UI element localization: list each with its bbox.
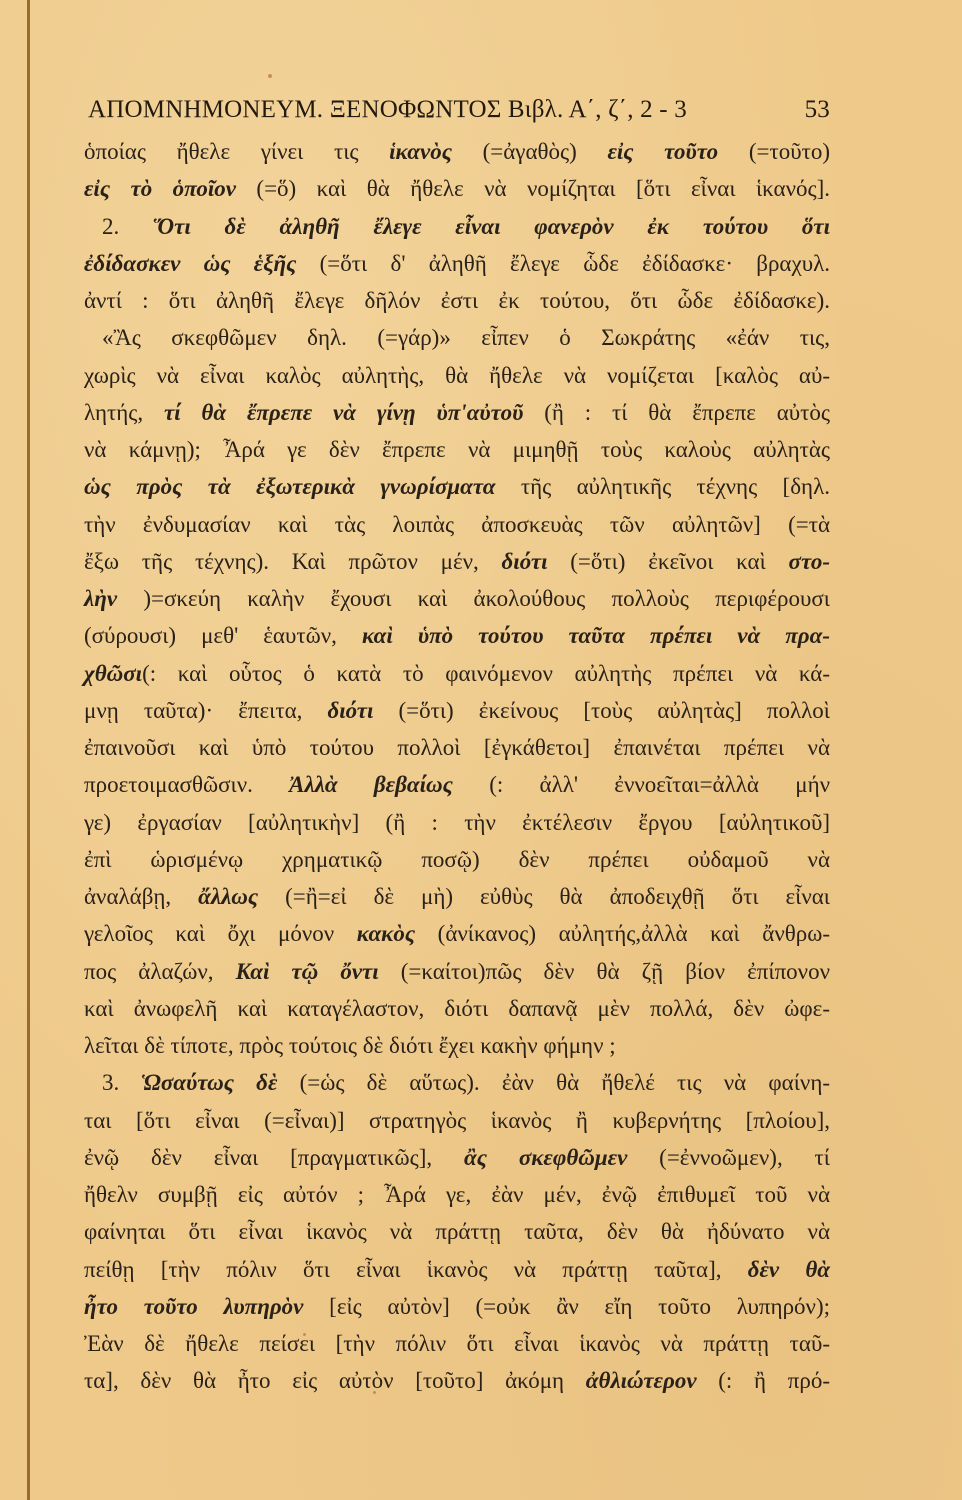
emphasized-text: Ὡσαύτως δὲ: [141, 1070, 277, 1095]
text-span: τὴν ἐνδυμασίαν καὶ τὰς λοιπὰς ἀποσκευὰς …: [84, 512, 830, 537]
text-line: μνῃ ταῦτα)· ἔπειτα, διότι (=ὅτι) ἐκείνου…: [84, 692, 830, 729]
text-line: τα], δὲν θὰ ἦτο εἰς αὐτὸν [τοῦτο] ἀκόμη …: [84, 1362, 830, 1399]
text-line: 3. Ὡσαύτως δὲ (=ὡς δὲ αὕτως). ἐὰν θὰ ἤθε…: [84, 1064, 830, 1101]
text-span: (=καίτοι)πῶς δὲν θὰ ζῇ βίον ἐπίπονον: [379, 959, 830, 984]
text-span: (=ὅτι) ἐκεῖνοι καὶ: [547, 549, 788, 574]
running-header: ΑΠΟΜΝΗΜΟΝΕΥΜ. ΞΕΝΟΦΩΝΤΟΣ Βιβλ. Α΄, ζ΄, 2…: [88, 96, 830, 132]
text-span: πείθῃ [τὴν πόλιν ὅτι εἶναι ἱκανὸς νὰ πρά…: [84, 1257, 748, 1282]
text-span: μνῃ ταῦτα)· ἔπειτα,: [84, 698, 327, 723]
text-line: ἀντί : ὅτι ἀληθῆ ἔλεγε δῆλόν ἐστι ἐκ τού…: [84, 282, 830, 319]
text-line: ἐδίδασκεν ὡς ἑξῆς (=ὅτι δ' ἀληθῆ ἔλεγε ὧ…: [84, 245, 830, 282]
emphasized-text: ἦτο τοῦτο λυπηρὸν: [84, 1294, 303, 1319]
text-span: «Ἂς σκεφθῶμεν δηλ. (=γάρ)» εἶπεν ὁ Σωκρά…: [102, 325, 830, 350]
text-line: «Ἂς σκεφθῶμεν δηλ. (=γάρ)» εἶπεν ὁ Σωκρά…: [84, 319, 830, 356]
text-span: (σύρουσι) μεθ' ἑαυτῶν,: [84, 623, 362, 648]
emphasized-text: Ὅτι δὲ ἀληθῆ ἔλεγε εἶναι φανερὸν ἐκ τούτ…: [153, 214, 830, 239]
text-span: ἀντί : ὅτι ἀληθῆ ἔλεγε δῆλόν ἐστι ἐκ τού…: [84, 288, 830, 313]
text-line: ὡς πρὸς τὰ ἐξωτερικὰ γνωρίσματα τῆς αὐλη…: [84, 468, 830, 505]
text-span: ἤθελν συμβῇ εἰς αὐτόν ; Ἆρά γε, ἐὰν μέν,…: [84, 1182, 830, 1207]
text-span: ἐνῷ δὲν εἶναι [πραγματικῶς],: [84, 1145, 464, 1170]
text-line: νὰ κάμνῃ); Ἆρά γε δὲν ἔπρεπε νὰ μιμηθῇ τ…: [84, 431, 830, 468]
text-span: ἔξω τῆς τέχνης). Καὶ πρῶτον μέν,: [84, 549, 502, 574]
text-span: γε) ἐργασίαν [αὐλητικὴν] (ἢ : τὴν ἐκτέλε…: [84, 810, 830, 835]
text-span: (=ἐννοῶμεν), τί: [627, 1145, 830, 1170]
text-line: 2. Ὅτι δὲ ἀληθῆ ἔλεγε εἶναι φανερὸν ἐκ τ…: [84, 208, 830, 245]
emphasized-text: εἰς τὸ ὁποῖον: [84, 176, 236, 201]
text-span: γελοῖος καὶ ὄχι μόνον: [84, 921, 357, 946]
text-span: (=ἀγαθὸς): [452, 139, 607, 164]
text-span: προετοιμασθῶσιν.: [84, 772, 289, 797]
text-span: ἀναλάβῃ,: [84, 884, 198, 909]
text-span: (ἢ : τί θὰ ἔπρεπε αὐτὸς: [523, 400, 830, 425]
text-span: (=ὡς δὲ αὕτως). ἐὰν θὰ ἤθελέ τις νὰ φαίν…: [277, 1070, 830, 1095]
emphasized-text: ὡς πρὸς τὰ ἐξωτερικὰ γνωρίσματα: [84, 474, 495, 499]
text-line: ἔξω τῆς τέχνης). Καὶ πρῶτον μέν, διότι (…: [84, 543, 830, 580]
emphasized-text: τί θὰ ἔπρεπε νὰ γίνῃ ὑπ'αὐτοῦ: [164, 400, 523, 425]
text-span: [εἰς αὐτὸν] (=οὐκ ἂν εἴη τοῦτο λυπηρόν);: [303, 1294, 830, 1319]
emphasized-text: διότι: [327, 698, 373, 723]
emphasized-text: Καὶ τῷ ὄντι: [236, 959, 379, 984]
text-span: 2.: [102, 214, 153, 239]
emphasized-text: στο-: [789, 549, 830, 574]
text-line: Ἐὰν δὲ ἤθελε πείσει [τὴν πόλιν ὅτι εἶναι…: [84, 1325, 830, 1362]
text-line: λεῖται δὲ τίποτε, πρὸς τούτοις δὲ διότι …: [84, 1027, 830, 1064]
text-span: (: καὶ οὗτος ὁ κατὰ τὸ φαινόμενον αὐλητὴ…: [142, 661, 830, 686]
text-span: λεῖται δὲ τίποτε, πρὸς τούτοις δὲ διότι …: [84, 1033, 616, 1058]
text-line: χθῶσι(: καὶ οὗτος ὁ κατὰ τὸ φαινόμενον α…: [84, 655, 830, 692]
text-span: Ἐὰν δὲ ἤθελε πείσει [τὴν πόλιν ὅτι εἶναι…: [84, 1331, 830, 1356]
page-gutter-edge: [27, 0, 30, 1500]
text-line: πος ἀλαζών, Καὶ τῷ ὄντι (=καίτοι)πῶς δὲν…: [84, 953, 830, 990]
text-span: τα], δὲν θὰ ἦτο εἰς αὐτὸν [τοῦτο] ἀκόμη: [84, 1368, 586, 1393]
page-number: 53: [805, 96, 830, 124]
text-line: ἐπαινοῦσι καὶ ὑπὸ τούτου πολλοὶ [ἐγκάθετ…: [84, 729, 830, 766]
text-span: λητής,: [84, 400, 164, 425]
text-span: φαίνηται ὅτι εἶναι ἱκανὸς νὰ πράττῃ ταῦτ…: [84, 1219, 830, 1244]
text-span: καὶ ἀνωφελῆ καὶ καταγέλαστον, διότι δαπα…: [84, 996, 830, 1021]
text-span: (=ἢ=εἰ δὲ μὴ) εὐθὺς θὰ ἀποδειχθῇ ὅτι εἶν…: [258, 884, 830, 909]
text-line: φαίνηται ὅτι εἶναι ἱκανὸς νὰ πράττῃ ταῦτ…: [84, 1213, 830, 1250]
running-title: ΑΠΟΜΝΗΜΟΝΕΥΜ. ΞΕΝΟΦΩΝΤΟΣ Βιβλ. Α΄, ζ΄, 2…: [88, 96, 687, 124]
emphasized-text: καὶ ὑπὸ τούτου ταῦτα πρέπει νὰ πρα-: [362, 623, 830, 648]
text-line: λητής, τί θὰ ἔπρεπε νὰ γίνῃ ὑπ'αὐτοῦ (ἢ …: [84, 394, 830, 431]
emphasized-text: δὲν θὰ: [748, 1257, 830, 1282]
paper-speck: [268, 74, 272, 78]
paper-speck: [303, 1333, 306, 1336]
emphasized-text: κακὸς: [357, 921, 415, 946]
text-span: ἐπαινοῦσι καὶ ὑπὸ τούτου πολλοὶ [ἐγκάθετ…: [84, 735, 830, 760]
text-line: τὴν ἐνδυμασίαν καὶ τὰς λοιπὰς ἀποσκευὰς …: [84, 506, 830, 543]
text-line: ἐπὶ ὡρισμένῳ χρηματικῷ ποσῷ) δὲν πρέπει …: [84, 841, 830, 878]
text-line: χωρὶς νὰ εἶναι καλὸς αὐλητὴς, θὰ ἤθελε ν…: [84, 357, 830, 394]
text-line: (σύρουσι) μεθ' ἑαυτῶν, καὶ ὑπὸ τούτου τα…: [84, 617, 830, 654]
text-span: (: ἢ πρό-: [697, 1368, 830, 1393]
paper-speck: [373, 1391, 376, 1394]
text-line: καὶ ἀνωφελῆ καὶ καταγέλαστον, διότι δαπα…: [84, 990, 830, 1027]
text-line: ἤθελν συμβῇ εἰς αὐτόν ; Ἆρά γε, ἐὰν μέν,…: [84, 1176, 830, 1213]
emphasized-text: διότι: [502, 549, 548, 574]
emphasized-text: ἀθλιώτερον: [586, 1368, 697, 1393]
text-line: λὴν )=σκεύη καλὴν ἔχουσι καὶ ἀκολούθους …: [84, 580, 830, 617]
text-line: ἐνῷ δὲν εἶναι [πραγματικῶς], ἂς σκεφθῶμε…: [84, 1139, 830, 1176]
text-line: ὁποίας ἤθελε γίνει τις ἱκανὸς (=ἀγαθὸς) …: [84, 133, 830, 170]
text-span: τῆς αὐλητικῆς τέχνης [δηλ.: [495, 474, 830, 499]
emphasized-text: χθῶσι: [84, 661, 142, 686]
text-span: (: ἀλλ' ἐννοεῖται=ἀλλὰ μήν: [453, 772, 830, 797]
emphasized-text: λὴν: [84, 586, 117, 611]
text-line: πείθῃ [τὴν πόλιν ὅτι εἶναι ἱκανὸς νὰ πρά…: [84, 1251, 830, 1288]
text-span: 3.: [102, 1070, 141, 1095]
text-span: ται [ὅτι εἶναι (=εἶναι)] στρατηγὸς ἱκανὸ…: [84, 1108, 830, 1133]
text-line: ἦτο τοῦτο λυπηρὸν [εἰς αὐτὸν] (=οὐκ ἂν ε…: [84, 1288, 830, 1325]
text-span: νὰ κάμνῃ); Ἆρά γε δὲν ἔπρεπε νὰ μιμηθῇ τ…: [84, 437, 830, 462]
text-span: (=τοῦτο): [718, 139, 830, 164]
text-span: πος ἀλαζών,: [84, 959, 236, 984]
text-span: )=σκεύη καλὴν ἔχουσι καὶ ἀκολούθους πολλ…: [117, 586, 830, 611]
text-line: ἀναλάβῃ, ἄλλως (=ἢ=εἰ δὲ μὴ) εὐθὺς θὰ ἀπ…: [84, 878, 830, 915]
text-span: χωρὶς νὰ εἶναι καλὸς αὐλητὴς, θὰ ἤθελε ν…: [84, 363, 830, 388]
emphasized-text: ἐδίδασκεν ὡς ἑξῆς: [84, 251, 296, 276]
emphasized-text: ἱκανὸς: [389, 139, 452, 164]
body-text: ὁποίας ἤθελε γίνει τις ἱκανὸς (=ἀγαθὸς) …: [84, 133, 830, 1400]
text-span: (ἀνίκανος) αὐλητής,ἀλλὰ καὶ ἄνθρω-: [415, 921, 830, 946]
emphasized-text: Ἀλλὰ βεβαίως: [289, 772, 453, 797]
emphasized-text: ἂς σκεφθῶμεν: [464, 1145, 627, 1170]
text-span: ἐπὶ ὡρισμένῳ χρηματικῷ ποσῷ) δὲν πρέπει …: [84, 847, 830, 872]
text-line: γε) ἐργασίαν [αὐλητικὴν] (ἢ : τὴν ἐκτέλε…: [84, 804, 830, 841]
text-span: (=ὅ) καὶ θὰ ἤθελε νὰ νομίζηται [ὅτι εἶνα…: [236, 176, 830, 201]
text-line: γελοῖος καὶ ὄχι μόνον κακὸς (ἀνίκανος) α…: [84, 915, 830, 952]
text-line: ται [ὅτι εἶναι (=εἶναι)] στρατηγὸς ἱκανὸ…: [84, 1102, 830, 1139]
text-span: (=ὅτι) ἐκείνους [τοὺς αὐλητὰς] πολλοὶ: [373, 698, 830, 723]
text-span: (=ὅτι δ' ἀληθῆ ἔλεγε ὧδε ἐδίδασκε· βραχυ…: [296, 251, 830, 276]
emphasized-text: εἰς τοῦτο: [607, 139, 718, 164]
text-span: ὁποίας ἤθελε γίνει τις: [84, 139, 389, 164]
text-line: προετοιμασθῶσιν. Ἀλλὰ βεβαίως (: ἀλλ' ἐν…: [84, 766, 830, 803]
emphasized-text: ἄλλως: [198, 884, 258, 909]
text-line: εἰς τὸ ὁποῖον (=ὅ) καὶ θὰ ἤθελε νὰ νομίζ…: [84, 170, 830, 207]
